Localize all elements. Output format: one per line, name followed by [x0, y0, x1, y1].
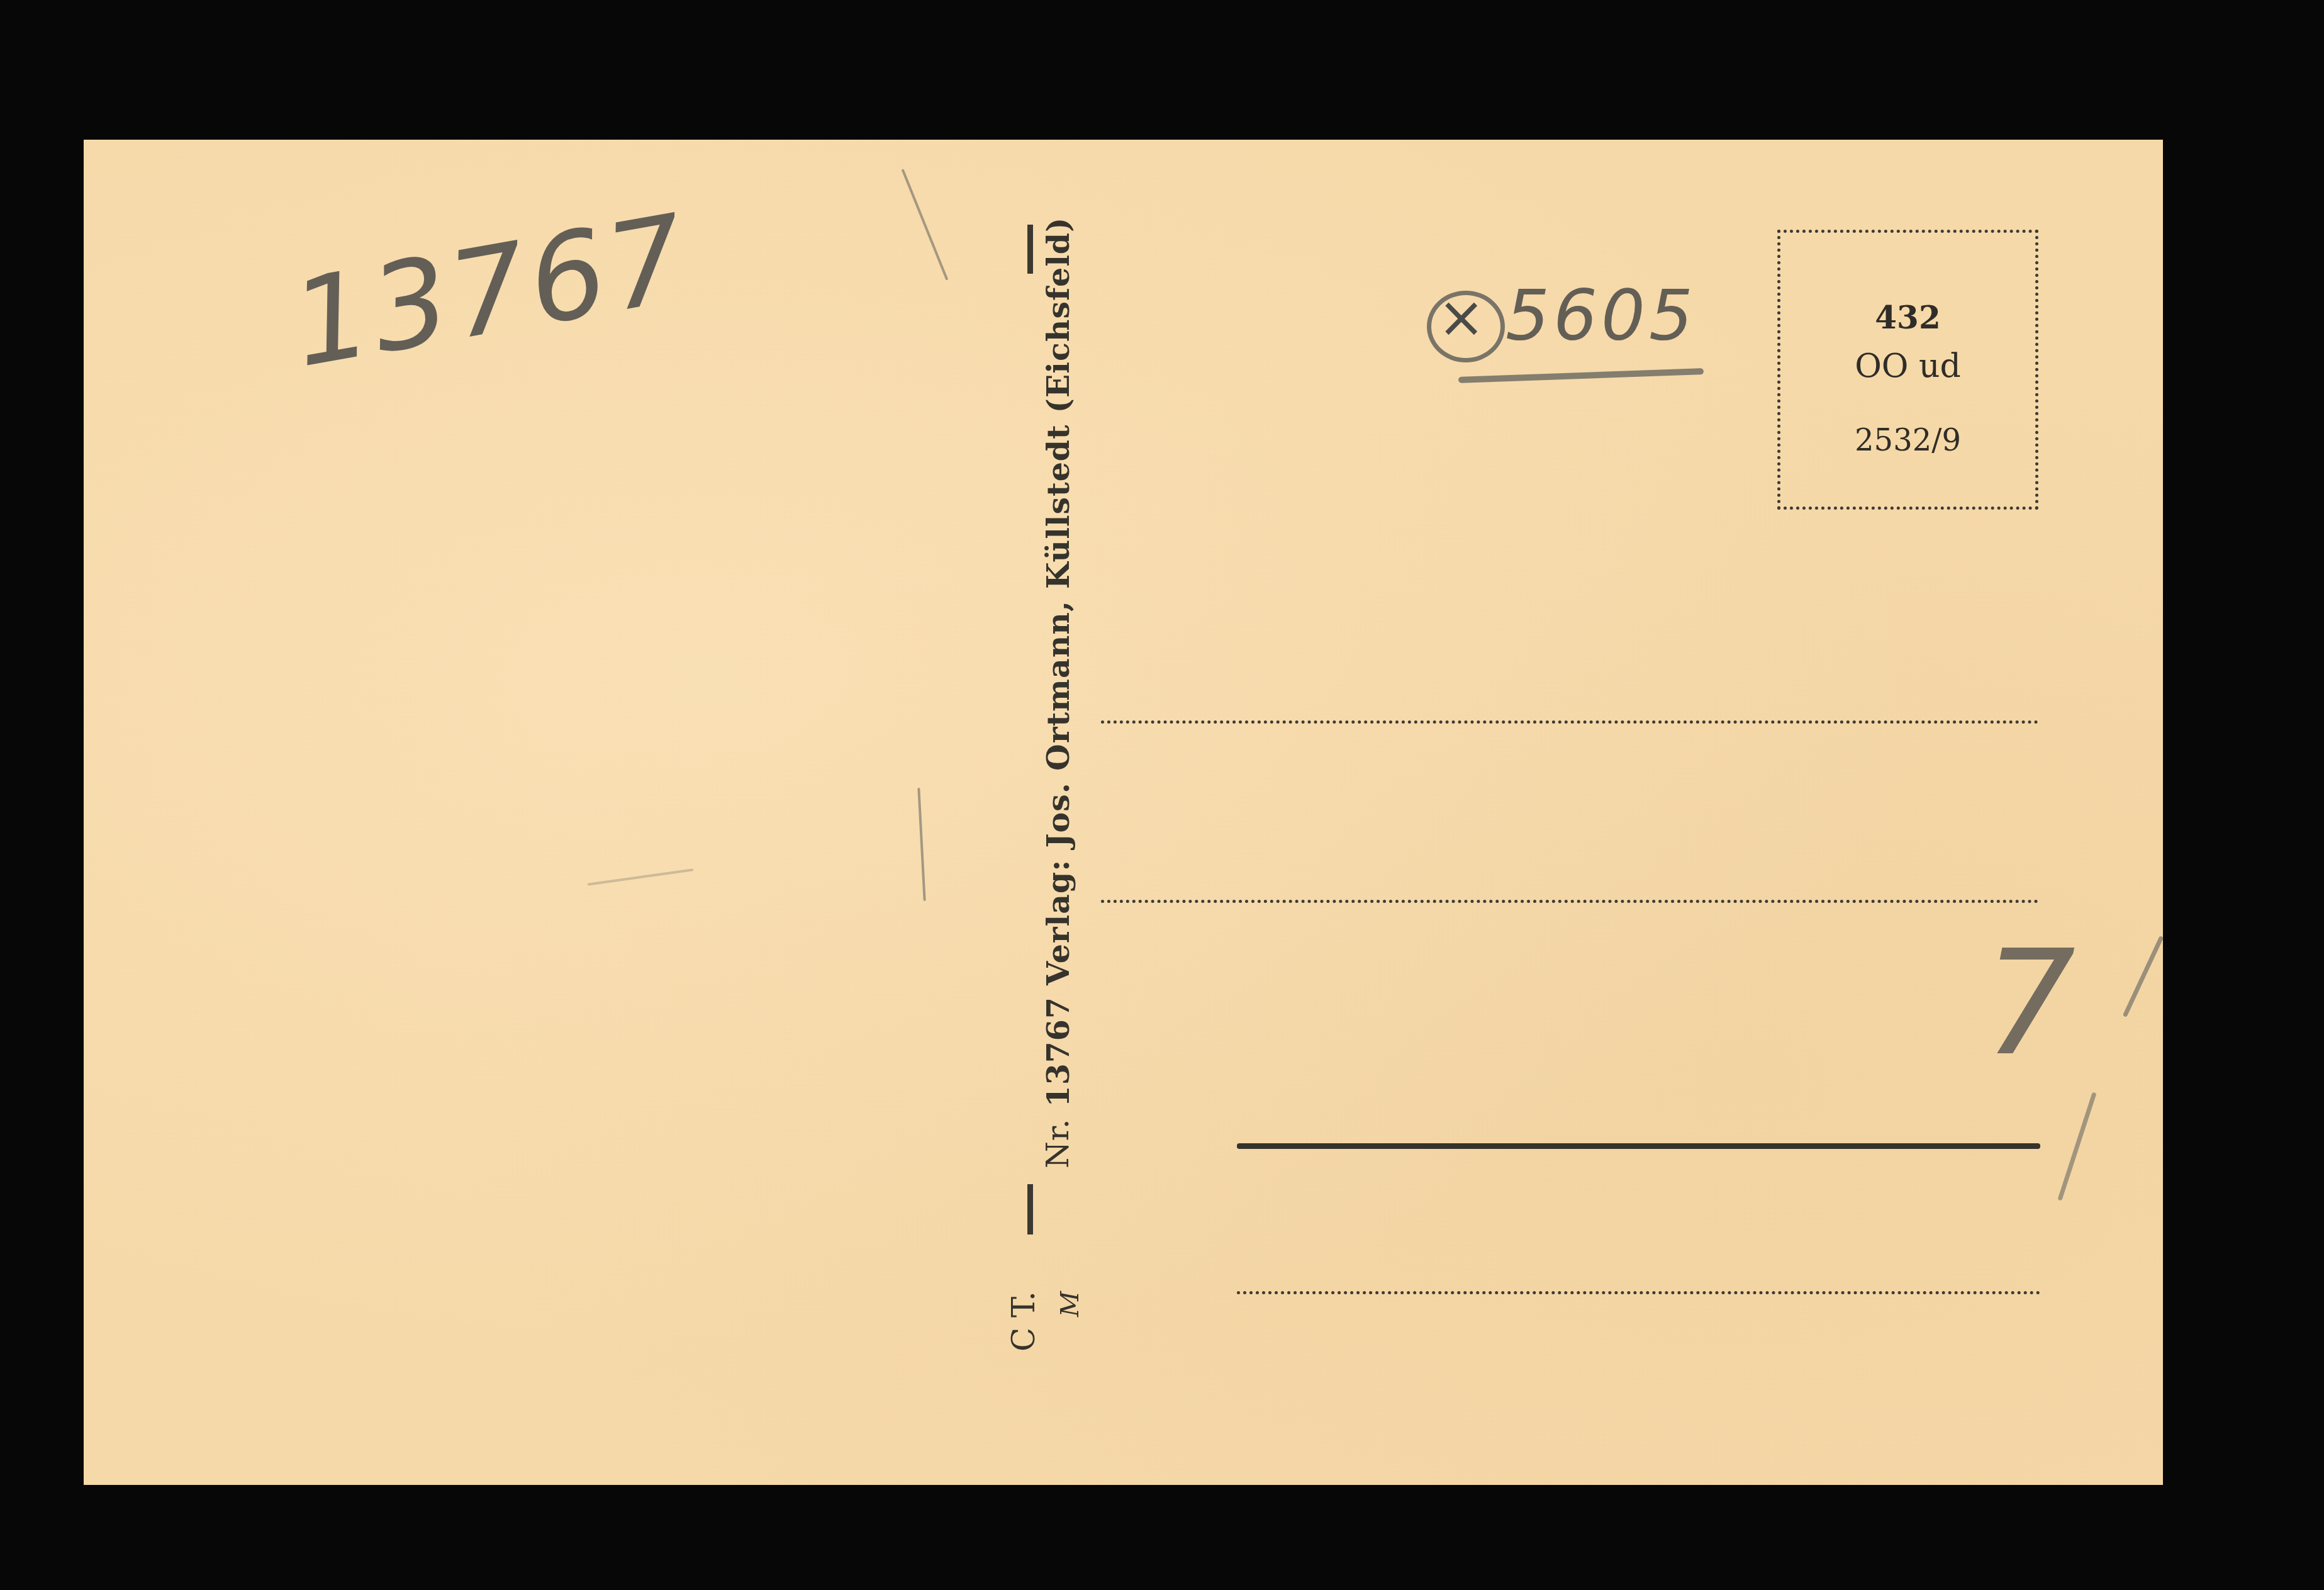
postcard-back: 13767 × 5605 Nr. 13767 Verlag: Jos. Ortm… [84, 140, 2163, 1485]
stamp-box: 432 OO ud 2532/9 [1777, 230, 2038, 510]
pencil-stroke [902, 169, 949, 281]
pencil-stroke [2057, 1092, 2096, 1201]
imprint-number: 13767 [1040, 997, 1076, 1107]
printer-mark-sub: M [1056, 1291, 1085, 1317]
imprint-number-prefix: Nr. [1040, 1119, 1076, 1169]
stamp-box-line3: 2532/9 [1855, 423, 1961, 458]
imprint-rule-bottom [1027, 1184, 1033, 1234]
imprint-publisher: Verlag: Jos. Ortmann, Küllstedt (Eichsfe… [1040, 217, 1076, 985]
x-mark-icon: × [1438, 284, 1485, 350]
handwritten-underline [1458, 368, 1704, 383]
address-line-2 [1101, 900, 2038, 903]
stamp-box-line2: OO ud [1855, 347, 1961, 385]
pencil-stroke [588, 868, 694, 886]
imprint-rule-top [1027, 225, 1033, 274]
address-line-3 [1237, 1143, 2040, 1149]
pencil-stroke [2123, 936, 2164, 1017]
pencil-stroke [917, 788, 925, 901]
handwritten-seven: 7 [1984, 920, 2075, 1088]
stamp-box-line1: 432 [1875, 299, 1940, 336]
address-line-1 [1101, 720, 2038, 724]
address-line-4 [1237, 1291, 2040, 1294]
handwritten-inventory-number: 13767 [282, 188, 700, 395]
handwritten-number: 5605 [1506, 275, 1697, 356]
publisher-imprint: Nr. 13767 Verlag: Jos. Ortmann, Küllsted… [1040, 350, 1076, 1168]
printer-mark: C T. [1005, 1291, 1042, 1352]
